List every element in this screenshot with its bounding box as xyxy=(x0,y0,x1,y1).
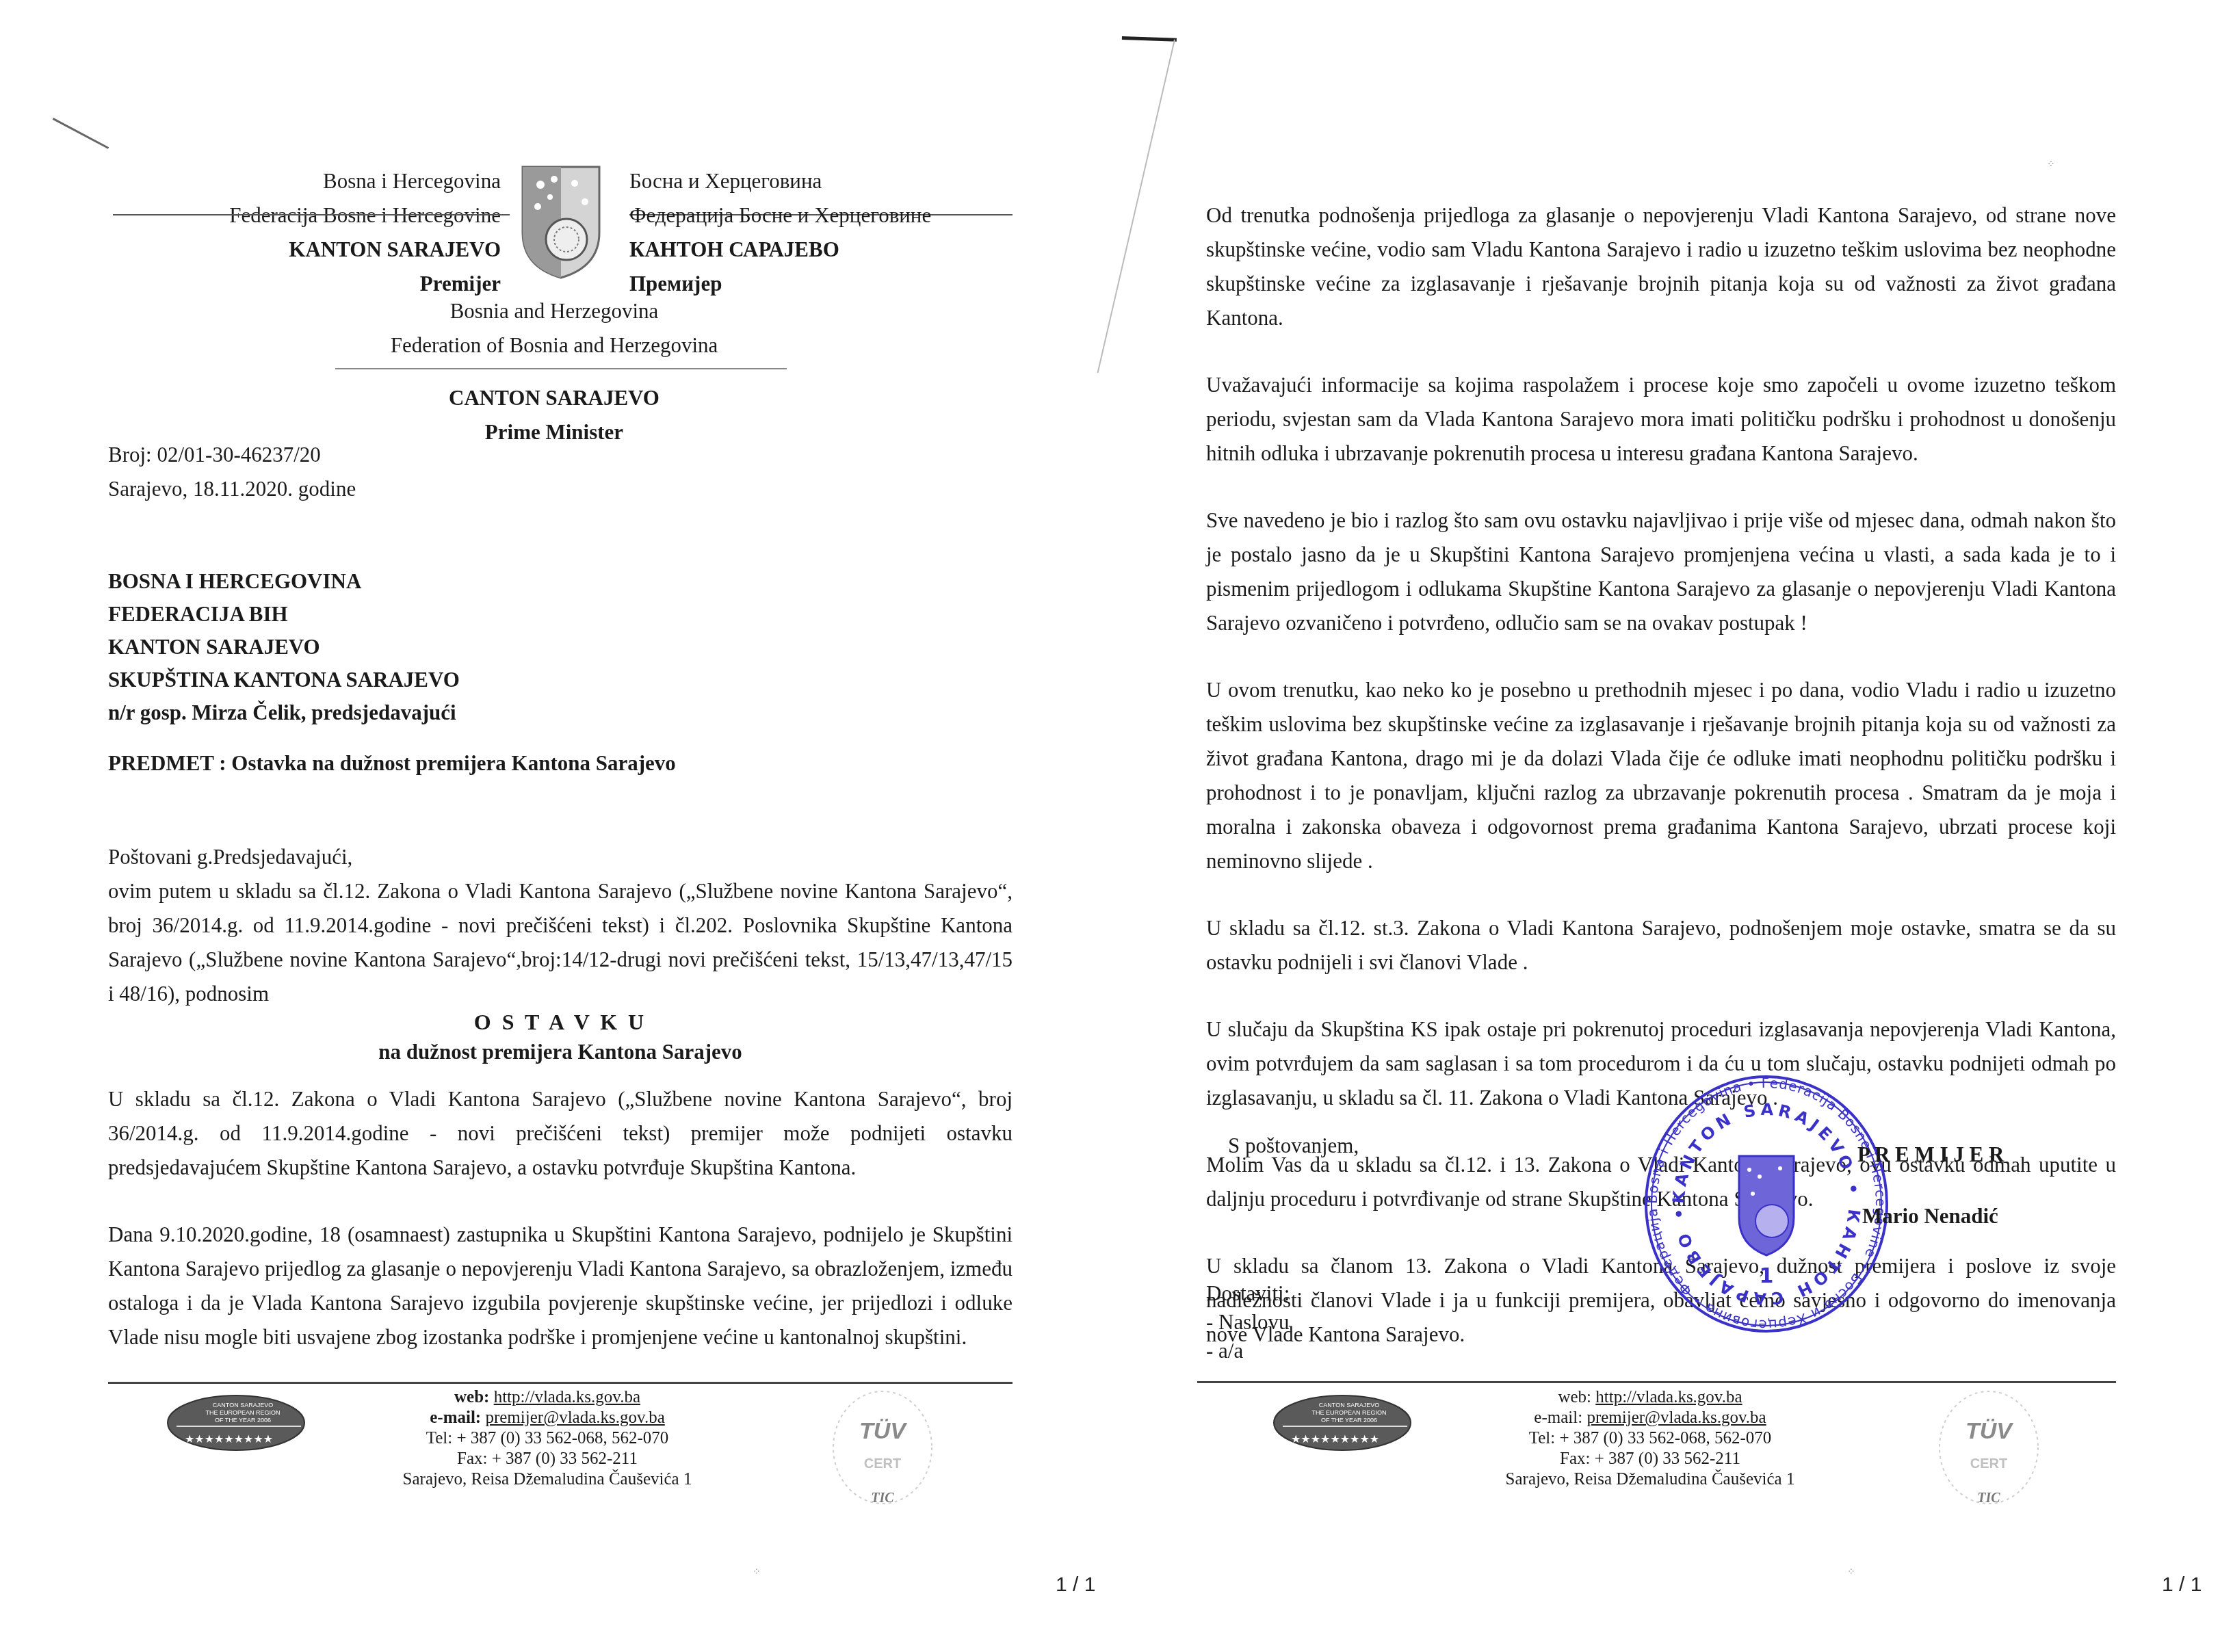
tel-line: Tel: + 387 (0) 33 562-068, 562-070 xyxy=(1376,1428,1924,1449)
distribution-item: - Naslovu xyxy=(1206,1308,1290,1337)
tuv-cert-badge: TÜV CERT TIC xyxy=(824,1387,941,1510)
letterhead-left-line-2: Federacija Bosne i Hercegovine xyxy=(229,198,501,233)
letterhead-center-line-2: Federation of Bosnia and Herzegovina xyxy=(280,328,828,363)
distribution-block: Dostaviti: - Naslovu - a/a xyxy=(1206,1279,1290,1365)
fax-line: Fax: + 387 (0) 33 562-211 xyxy=(1376,1449,1924,1469)
signature-name: Mario Nenadić xyxy=(1862,1204,1998,1229)
body-paragraph: U ovom trenutku, kao neko ko je posebno … xyxy=(1206,673,2116,878)
badge-line-3: OF THE YEAR 2006 xyxy=(215,1417,271,1424)
web-line: web: http://vlada.ks.gov.ba xyxy=(274,1387,821,1408)
letterhead-left: Bosna i Hercegovina Federacija Bosne i H… xyxy=(229,164,501,301)
recipient-line: n/r gosp. Mirza Čelik, predsjedavajući xyxy=(108,696,460,729)
intro-paragraph: ovim putem u skladu sa čl.12. Zakona o V… xyxy=(108,874,1013,1011)
recipient-block: BOSNA I HERCEGOVINA FEDERACIJA BIH KANTO… xyxy=(108,565,460,729)
letterhead-left-line-1: Bosna i Hercegovina xyxy=(229,164,501,198)
web-link[interactable]: http://vlada.ks.gov.ba xyxy=(1595,1388,1742,1406)
scan-mark xyxy=(1122,36,1177,42)
badge-line-1: CANTON SARAJEVO xyxy=(1319,1402,1379,1408)
page-right: ⁘ Od trenutka podnošenja prijedloga za g… xyxy=(1116,0,2233,1652)
recipient-line: SKUPŠTINA KANTONA SARAJEVO xyxy=(108,664,460,696)
svg-text:1: 1 xyxy=(1760,1264,1774,1288)
body-paragraph: Od trenutka podnošenja prijedloga za gla… xyxy=(1206,198,2116,335)
closing: S poštovanjem, xyxy=(1228,1129,1359,1163)
recipient-line: FEDERACIJA BIH xyxy=(108,598,460,631)
letterhead-rule-center xyxy=(335,368,787,369)
tuv-cert-badge: TÜV CERT TIC xyxy=(1931,1387,2047,1510)
reference-block: Broj: 02/01-30-46237/20 Sarajevo, 18.11.… xyxy=(108,438,356,506)
email-label: e-mail: xyxy=(430,1408,481,1427)
official-stamp: Bosna i Hercegovina • Federacija Bosne i… xyxy=(1643,1074,1890,1334)
letterhead-left-line-3: KANTON SARAJEVO xyxy=(229,233,501,267)
letterhead-center-lower: CANTON SARAJEVO Prime Minister xyxy=(280,381,828,449)
fax-line: Fax: + 387 (0) 33 562-211 xyxy=(274,1449,821,1469)
contact-block: web: http://vlada.ks.gov.ba e-mail: prem… xyxy=(1376,1387,1924,1490)
badge-line-2: THE EUROPEAN REGION xyxy=(1311,1409,1386,1416)
web-line: web: http://vlada.ks.gov.ba xyxy=(1376,1387,1924,1408)
badge-line-3: OF THE YEAR 2006 xyxy=(1321,1417,1377,1424)
body-paragraphs: U skladu sa čl.12. Zakona o Vladi Kanton… xyxy=(108,1082,1013,1387)
reference-place-date: Sarajevo, 18.11.2020. godine xyxy=(108,472,356,506)
web-label: web: xyxy=(454,1388,489,1406)
footer-rule xyxy=(1197,1381,2116,1383)
page-number-left: 1 / 1 xyxy=(1056,1573,1095,1597)
scan-artifact-icon: ⁘ xyxy=(1847,1566,1855,1578)
body-paragraph: Sve navedeno je bio i razlog što sam ovu… xyxy=(1206,503,2116,640)
recipient-line: KANTON SARAJEVO xyxy=(108,631,460,664)
letterhead-center-line-3: CANTON SARAJEVO xyxy=(280,381,828,415)
email-line: e-mail: premijer@vlada.ks.gov.ba xyxy=(1376,1408,1924,1428)
letterhead-center-line-1: Bosnia and Herzegovina xyxy=(280,294,828,328)
email-link[interactable]: premijer@vlada.ks.gov.ba xyxy=(485,1408,664,1427)
recipient-line: BOSNA I HERCEGOVINA xyxy=(108,565,460,598)
body-paragraph: U skladu sa čl.12. st.3. Zakona o Vladi … xyxy=(1206,911,2116,980)
letterhead-center: Bosnia and Herzegovina Federation of Bos… xyxy=(280,294,828,363)
footer-rule xyxy=(108,1382,1013,1384)
page-number-right: 1 / 1 xyxy=(2162,1573,2202,1597)
tic-text: TIC xyxy=(1977,1491,2000,1506)
intro-block: Poštovani g.Predsjedavajući, ovim putem … xyxy=(108,840,1013,1011)
heading-block: O S T A V K U na dužnost premijera Kanto… xyxy=(108,1007,1013,1067)
letterhead-rule-left xyxy=(113,214,510,215)
letterhead-right-line-1: Босна и Херцеговина xyxy=(629,164,931,198)
address-line: Sarajevo, Reisa Džemaludina Čauševića 1 xyxy=(274,1469,821,1490)
tuv-text: TÜV xyxy=(1966,1418,2014,1444)
resignation-subheading: na dužnost premijera Kantona Sarajevo xyxy=(108,1037,1013,1067)
reference-number: Broj: 02/01-30-46237/20 xyxy=(108,438,356,472)
cert-text: CERT xyxy=(864,1456,901,1471)
web-link[interactable]: http://vlada.ks.gov.ba xyxy=(494,1388,640,1406)
distribution-item: - a/a xyxy=(1206,1337,1290,1365)
letterhead-right-line-2: Федерација Босне и Херцеговине xyxy=(629,198,931,233)
scan-mark xyxy=(53,118,109,149)
scan-artifact-icon: ⁘ xyxy=(753,1566,761,1578)
tuv-text: TÜV xyxy=(859,1418,908,1444)
email-link[interactable]: premijer@vlada.ks.gov.ba xyxy=(1586,1408,1766,1427)
scan-artifact-icon: ⁘ xyxy=(2047,159,2055,170)
email-line: e-mail: premijer@vlada.ks.gov.ba xyxy=(274,1408,821,1428)
signature-title: P R E M I J E R xyxy=(1857,1142,2004,1167)
contact-block: web: http://vlada.ks.gov.ba e-mail: prem… xyxy=(274,1387,821,1490)
letterhead-right-line-3: КАНТОН САРАЈЕВО xyxy=(629,233,931,267)
subject-line: PREDMET : Ostavka na dužnost premijera K… xyxy=(108,747,676,780)
body-paragraph: Dana 9.10.2020.godine, 18 (osamnaest) za… xyxy=(108,1218,1013,1354)
email-label: e-mail: xyxy=(1534,1408,1582,1427)
salutation: Poštovani g.Predsjedavajući, xyxy=(108,840,1013,874)
body-paragraph: U skladu sa čl.12. Zakona o Vladi Kanton… xyxy=(108,1082,1013,1185)
resignation-heading: O S T A V K U xyxy=(108,1007,1013,1037)
address-line: Sarajevo, Reisa Džemaludina Čauševića 1 xyxy=(1376,1469,1924,1490)
svg-text:★★★★★★★★★: ★★★★★★★★★ xyxy=(1291,1432,1379,1445)
cert-text: CERT xyxy=(1970,1456,2007,1471)
tic-text: TIC xyxy=(871,1491,894,1506)
body-paragraph: Uvažavajući informacije sa kojima raspol… xyxy=(1206,368,2116,471)
coat-of-arms-icon xyxy=(520,164,602,280)
svg-text:★★★★★★★★★: ★★★★★★★★★ xyxy=(185,1432,273,1445)
letterhead-right: Босна и Херцеговина Федерација Босне и Х… xyxy=(629,164,931,301)
badge-line-2: THE EUROPEAN REGION xyxy=(205,1409,280,1416)
letterhead-center-line-4: Prime Minister xyxy=(280,415,828,449)
badge-line-1: CANTON SARAJEVO xyxy=(213,1402,273,1408)
distribution-label: Dostaviti: xyxy=(1206,1279,1290,1308)
web-label: web: xyxy=(1558,1388,1591,1406)
tel-line: Tel: + 387 (0) 33 562-068, 562-070 xyxy=(274,1428,821,1449)
page-left: Bosna i Hercegovina Federacija Bosne i H… xyxy=(0,0,1116,1652)
